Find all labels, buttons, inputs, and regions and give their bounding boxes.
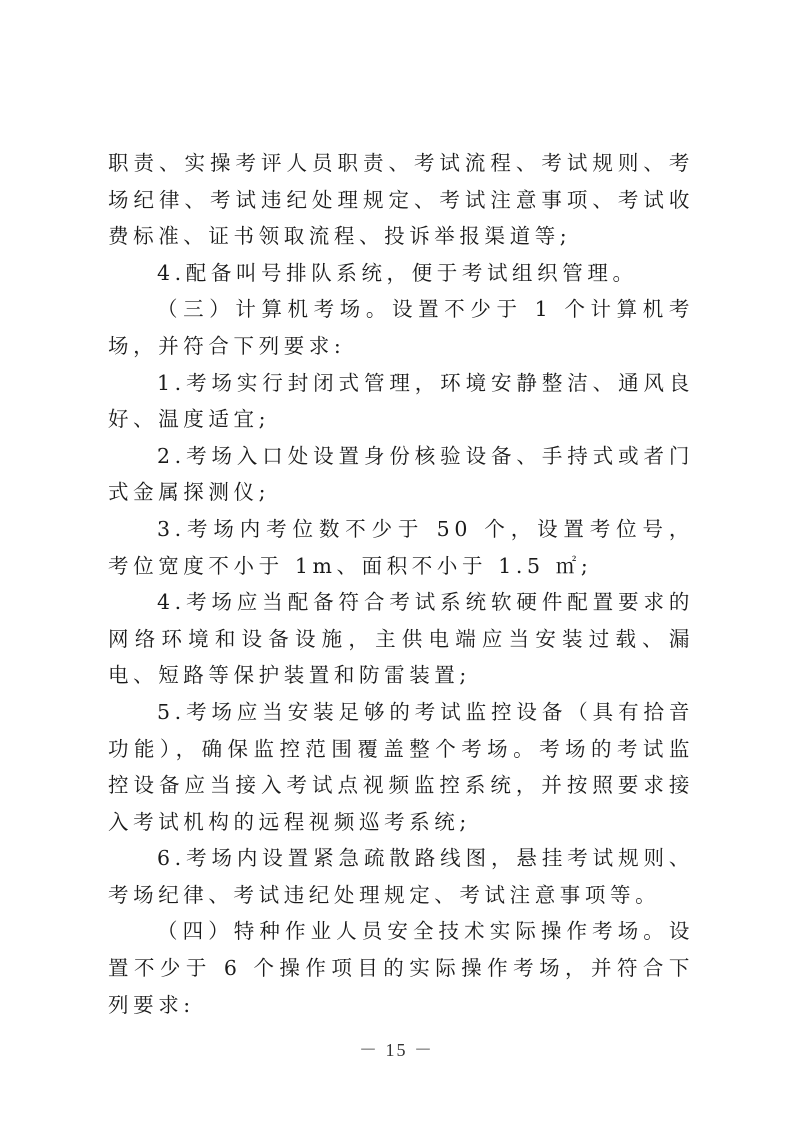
paragraph-evacuation-rules: 6.考场内设置紧急疏散路线图，悬挂考试规则、考场纪律、考试违纪处理规定、考试注意… xyxy=(108,840,694,913)
paragraph-identity-verification: 2.考场入口处设置身份核验设备、手持式或者门式金属探测仪; xyxy=(108,438,694,511)
paragraph-exam-notice-continued: 职责、实操考评人员职责、考试流程、考试规则、考场纪律、考试违纪处理规定、考试注意… xyxy=(108,145,694,255)
paragraph-seat-requirements: 3.考场内考位数不少于 50 个，设置考位号，考位宽度不小于 1m、面积不小于 … xyxy=(108,511,694,584)
document-body: 职责、实操考评人员职责、考试流程、考试规则、考场纪律、考试违纪处理规定、考试注意… xyxy=(108,145,694,1023)
section-heading-computer-exam-room: （三）计算机考场。设置不少于 1 个计算机考场，并符合下列要求: xyxy=(108,291,694,364)
paragraph-closed-management: 1.考场实行封闭式管理，环境安静整洁、通风良好、温度适宜; xyxy=(108,365,694,438)
page-number: － 15 － xyxy=(0,1036,793,1062)
paragraph-network-equipment: 4.考场应当配备符合考试系统软硬件配置要求的网络环境和设备设施，主供电端应当安装… xyxy=(108,584,694,694)
paragraph-monitoring-equipment: 5.考场应当安装足够的考试监控设备（具有拾音功能），确保监控范围覆盖整个考场。考… xyxy=(108,694,694,840)
section-heading-practical-exam-room: （四）特种作业人员安全技术实际操作考场。设置不少于 6 个操作项目的实际操作考场… xyxy=(108,913,694,1023)
paragraph-queue-system: 4.配备叫号排队系统，便于考试组织管理。 xyxy=(108,255,694,292)
